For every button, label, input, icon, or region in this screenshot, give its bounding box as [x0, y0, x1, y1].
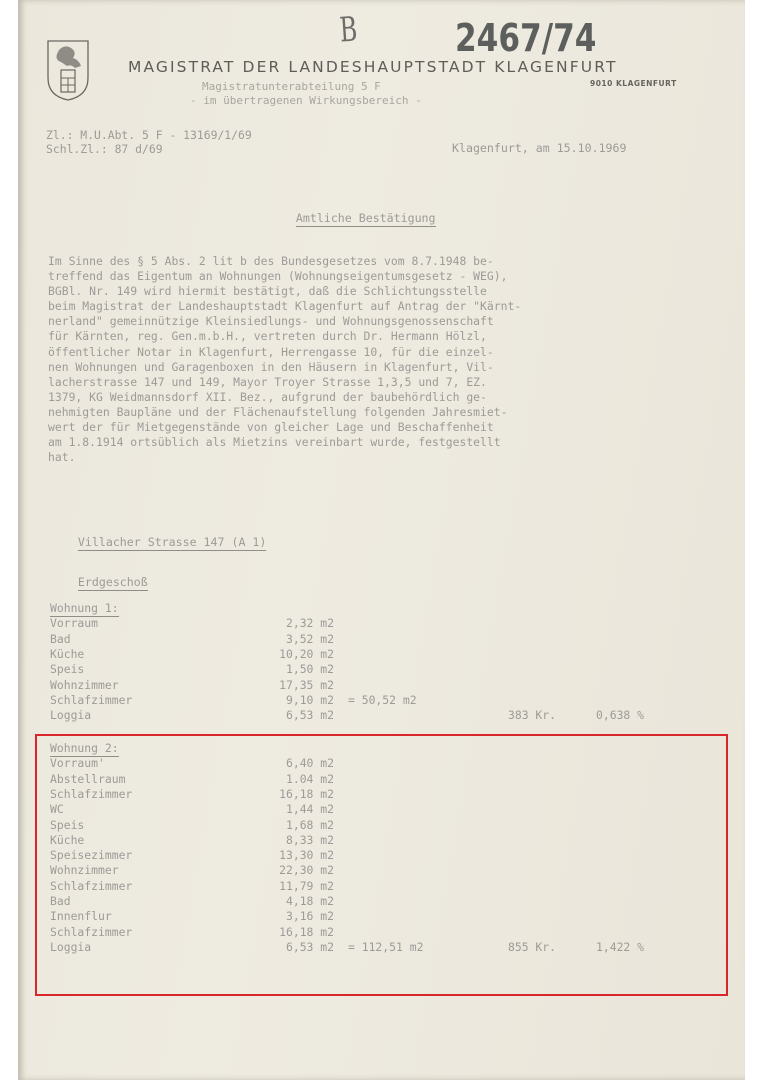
- room-area: 3,52 m2: [286, 632, 334, 646]
- room-name: Speis: [50, 662, 84, 676]
- room-name: Schlafzimmer: [50, 693, 132, 707]
- body-line: hat.: [48, 450, 521, 465]
- department-name: Magistratunterabteilung 5 F: [202, 80, 381, 93]
- stamp-number: 2467/74: [455, 16, 596, 60]
- building-text: Villacher Strasse 147 (A 1): [78, 535, 266, 551]
- body-line: lacherstrasse 147 und 149, Mayor Troyer …: [48, 375, 521, 390]
- apartment-total-area: = 50,52 m2: [348, 693, 417, 707]
- room-name: Wohnzimmer: [50, 678, 119, 692]
- floor-heading: Erdgeschoß: [50, 561, 148, 603]
- floor-text: Erdgeschoß: [78, 575, 148, 591]
- body-line: nehmigten Baupläne und der Flächenaufste…: [48, 405, 521, 420]
- room-name: Loggia: [50, 708, 91, 722]
- room-name: Küche: [50, 647, 84, 661]
- body-line: nerland" gemeinnützige Kleinsiedlungs- u…: [48, 314, 521, 329]
- scope-line: - im übertragenen Wirkungsbereich -: [190, 94, 422, 107]
- room-area: 10,20 m2: [279, 647, 334, 661]
- body-line: wert der für Mietgegenstände von gleiche…: [48, 420, 521, 435]
- body-line: Im Sinne des § 5 Abs. 2 lit b des Bundes…: [48, 254, 521, 269]
- body-line: nen Wohnungen und Garagenboxen in den Hä…: [48, 360, 521, 375]
- reference-number: Zl.: M.U.Abt. 5 F - 13169/1/69: [46, 128, 252, 142]
- room-name: Bad: [50, 632, 71, 646]
- apartment-heading: Wohnung 1:: [50, 601, 119, 615]
- body-line: treffend das Eigentum an Wohnungen (Wohn…: [48, 269, 521, 284]
- room-area: 1,50 m2: [286, 662, 334, 676]
- place-date: Klagenfurt, am 15.10.1969: [452, 141, 627, 155]
- room-name: Vorraum: [50, 616, 98, 630]
- apartment-rent: 383 Kr.: [508, 708, 556, 722]
- room-area: 17,35 m2: [279, 678, 334, 692]
- postal-address: 9010 KLAGENFURT: [590, 79, 677, 88]
- authority-name: MAGISTRAT DER LANDESHAUPTSTADT KLAGENFUR…: [128, 58, 618, 76]
- apartment-heading-text: Wohnung 1:: [50, 601, 119, 617]
- body-line: 1379, KG Weidmannsdorf XII. Bez., aufgru…: [48, 390, 521, 405]
- room-area: 6,53 m2: [286, 708, 334, 722]
- apartment-share: 0,638 %: [596, 708, 644, 722]
- handwritten-mark: B: [338, 9, 358, 50]
- coat-of-arms-icon: [45, 38, 91, 102]
- building-heading: Villacher Strasse 147 (A 1): [50, 521, 266, 563]
- body-line: für Kärnten, reg. Gen.m.b.H., vertreten …: [48, 329, 521, 344]
- body-line: am 1.8.1914 ortsüblich als Mietzins vere…: [48, 435, 521, 450]
- document-title: Amtliche Bestätigung: [268, 197, 436, 239]
- body-paragraph: Im Sinne des § 5 Abs. 2 lit b des Bundes…: [48, 254, 521, 465]
- highlight-box: [35, 734, 728, 996]
- body-line: beim Magistrat der Landeshauptstadt Klag…: [48, 299, 521, 314]
- arbitration-number: Schl.Zl.: 87 d/69: [46, 142, 163, 156]
- body-line: öffentlicher Notar in Klagenfurt, Herren…: [48, 345, 521, 360]
- document-title-text: Amtliche Bestätigung: [296, 211, 436, 227]
- room-area: 9,10 m2: [286, 693, 334, 707]
- body-line: BGBl. Nr. 149 wird hiermit bestätigt, da…: [48, 284, 521, 299]
- room-area: 2,32 m2: [286, 616, 334, 630]
